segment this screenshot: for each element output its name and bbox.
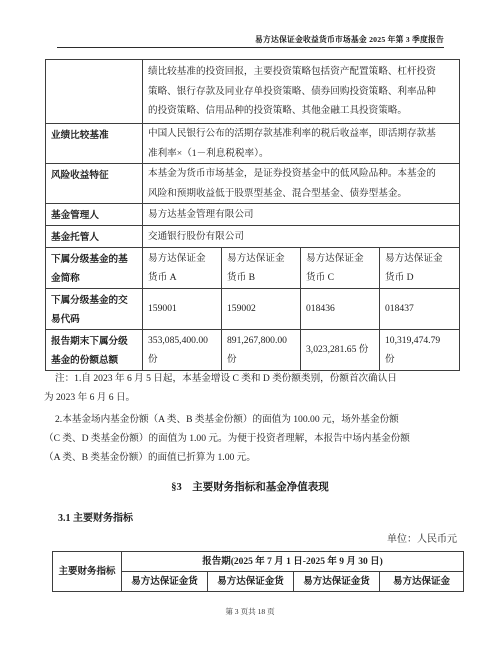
class-b-cell: 易方达保证金 货币 B	[222, 248, 301, 289]
class-c-cell: 3,023,281.65 份	[301, 330, 380, 371]
row-value: 本基金为货币市场基金，是证券投资基金中的低风险品种。本基金的 风险和预期收益低于…	[143, 164, 460, 204]
notes-block: 注：1.自 2023 年 6 月 5 日起，本基金增设 C 类和 D 类份额类别…	[44, 369, 472, 467]
row-value: 易方达基金管理有限公司	[143, 204, 460, 226]
financial-indicators-table: 主要财务指标 报告期(2025 年 7 月 1 日-2025 年 9 月 30 …	[52, 551, 464, 592]
table-row: 下属分级基金的基 金简称 易方达保证金 货币 A 易方达保证金 货币 B 易方达…	[46, 248, 460, 289]
row-label: 下属分级基金的交 易代码	[46, 289, 143, 330]
table-row: 业绩比较基准 中国人民银行公布的活期存款基准利率的税后收益率，即活期存款基 准利…	[46, 124, 460, 164]
class-c-cell: 易方达保证金 货币 C	[301, 248, 380, 289]
class-a-cell: 易方达保证金 货币 A	[143, 248, 222, 289]
report-page: 易方达保证金收益货币市场基金 2025 年第 3 季度报告 绩比较基准的投资回报…	[0, 0, 500, 664]
row-value: 中国人民银行公布的活期存款基准利率的税后收益率，即活期存款基 准利率×（1－利息…	[143, 124, 460, 164]
subsection-3-1-title: 3.1 主要财务指标	[58, 509, 133, 524]
table-row: 报告期末下属分级 基金的份额总额 353,085,400.00 份 891,26…	[46, 330, 460, 371]
column-header-a: 易方达保证金货	[122, 572, 208, 592]
note-2: 2.本基金场内基金份额（A 类、B 类基金份额）的面值为 100.00 元，场外…	[44, 410, 472, 468]
column-header-d: 易方达保证金	[380, 572, 464, 592]
section-3-title: §3 主要财务指标和基金净值表现	[0, 479, 500, 494]
row-value: 交通银行股份有限公司	[143, 226, 460, 248]
report-title: 易方达保证金收益货币市场基金 2025 年第 3 季度报告	[255, 35, 444, 44]
class-b-cell: 159002	[222, 289, 301, 330]
row-label: 基金管理人	[46, 204, 143, 226]
class-d-cell: 易方达保证金 货币 D	[380, 248, 460, 289]
row-label	[46, 60, 143, 124]
row-label: 基金托管人	[46, 226, 143, 248]
note-1: 注：1.自 2023 年 6 月 5 日起，本基金增设 C 类和 D 类份额类别…	[44, 369, 472, 408]
row-value: 绩比较基准的投资回报，主要投资策略包括资产配置策略、杠杆投资 策略、银行存款及同…	[143, 60, 460, 124]
class-d-cell: 018437	[380, 289, 460, 330]
row-label: 报告期末下属分级 基金的份额总额	[46, 330, 143, 371]
report-period-header: 报告期(2025 年 7 月 1 日-2025 年 9 月 30 日)	[122, 552, 464, 572]
table-row: 风险收益特征 本基金为货币市场基金，是证券投资基金中的低风险品种。本基金的 风险…	[46, 164, 460, 204]
page-number: 第 3 页共 18 页	[0, 606, 500, 617]
class-d-cell: 10,319,474.79 份	[380, 330, 460, 371]
fund-info-table: 绩比较基准的投资回报，主要投资策略包括资产配置策略、杠杆投资 策略、银行存款及同…	[45, 59, 460, 371]
class-a-cell: 159001	[143, 289, 222, 330]
row-label: 业绩比较基准	[46, 124, 143, 164]
corner-header: 主要财务指标	[53, 552, 122, 592]
class-b-cell: 891,267,800.00 份	[222, 330, 301, 371]
column-header-c: 易方达保证金货	[294, 572, 380, 592]
table-row: 主要财务指标 报告期(2025 年 7 月 1 日-2025 年 9 月 30 …	[53, 552, 464, 572]
table-row: 绩比较基准的投资回报，主要投资策略包括资产配置策略、杠杆投资 策略、银行存款及同…	[46, 60, 460, 124]
page-header: 易方达保证金收益货币市场基金 2025 年第 3 季度报告	[57, 35, 444, 48]
table-row: 下属分级基金的交 易代码 159001 159002 018436 018437	[46, 289, 460, 330]
row-label: 下属分级基金的基 金简称	[46, 248, 143, 289]
table-row: 基金托管人 交通银行股份有限公司	[46, 226, 460, 248]
table-row: 基金管理人 易方达基金管理有限公司	[46, 204, 460, 226]
column-header-b: 易方达保证金货	[208, 572, 294, 592]
class-c-cell: 018436	[301, 289, 380, 330]
unit-label: 单位：人民币元	[387, 530, 457, 545]
class-a-cell: 353,085,400.00 份	[143, 330, 222, 371]
row-label: 风险收益特征	[46, 164, 143, 204]
